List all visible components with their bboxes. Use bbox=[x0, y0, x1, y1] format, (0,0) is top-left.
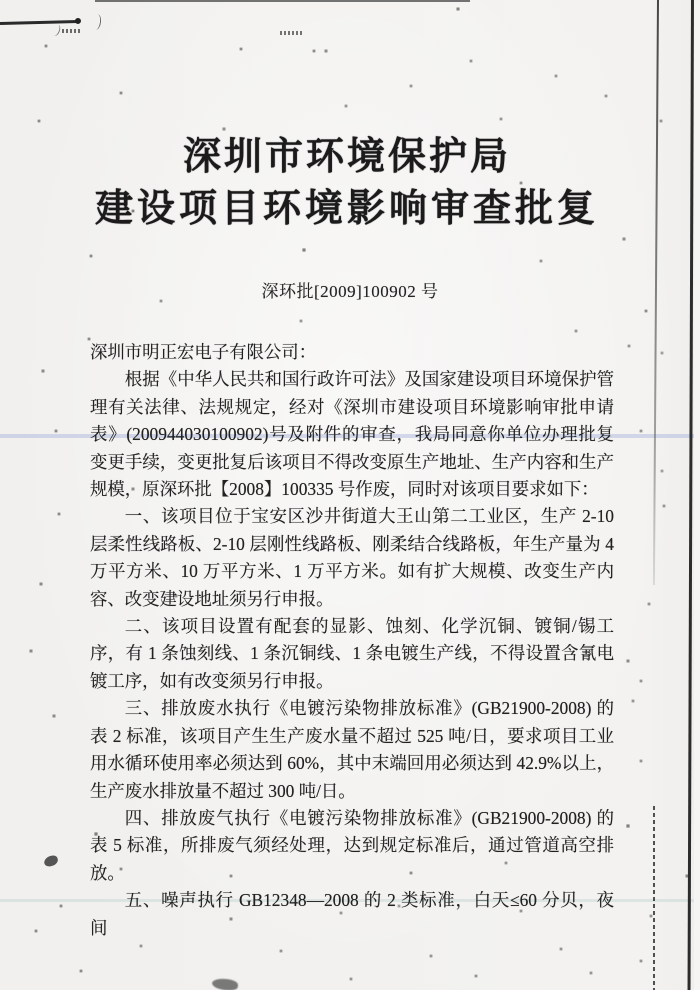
body-paragraph: 二、该项目设置有配套的显影、蚀刻、化学沉铜、镀铜/锡工序，有 1 条蚀刻线、1 … bbox=[90, 613, 614, 695]
document-body: 深圳市明正宏电子有限公司： 根据《中华人民共和国行政许可法》及国家建设项目环境保… bbox=[90, 339, 614, 942]
ink-blob bbox=[43, 854, 59, 867]
ink-curl-mark bbox=[50, 23, 62, 37]
scan-noise-specks bbox=[0, 0, 2, 2]
body-paragraph: 根据《中华人民共和国行政许可法》及国家建设项目环境保护管理有关法律、法规规定，经… bbox=[90, 366, 614, 503]
salutation: 深圳市明正宏电子有限公司： bbox=[90, 339, 614, 366]
scanned-page: 深圳市环境保护局 建设项目环境影响审查批复 深环批[2009]100902 号 … bbox=[0, 0, 700, 990]
document-title: 深圳市环境保护局 建设项目环境影响审查批复 bbox=[0, 131, 694, 235]
body-paragraph: 三、排放废水执行《电镀污染物排放标准》(GB21900-2008) 的表 2 标… bbox=[90, 695, 614, 805]
title-document-type: 建设项目环境影响审查批复 bbox=[0, 183, 694, 235]
body-paragraph: 五、噪声执行 GB12348—2008 的 2 类标准，白天≤60 分贝，夜间 bbox=[90, 887, 614, 942]
smudge-mark bbox=[62, 29, 82, 33]
ink-blob bbox=[212, 978, 239, 990]
smudge-mark bbox=[280, 31, 302, 35]
ink-curl-mark bbox=[91, 13, 102, 30]
fold-crease-line-bottom bbox=[653, 806, 655, 990]
body-paragraph: 四、排放废气执行《电镀污染物排放标准》(GB21900-2008) 的表 5 标… bbox=[90, 805, 614, 887]
pen-mark bbox=[0, 20, 78, 25]
scanner-bed-strip bbox=[694, 0, 700, 990]
title-agency: 深圳市环境保护局 bbox=[0, 131, 694, 183]
body-paragraph: 一、该项目位于宝安区沙井街道大王山第二工业区，生产 2-10 层柔性线路板、2-… bbox=[90, 503, 614, 613]
page-top-edge-shadow bbox=[95, 0, 470, 2]
document-number: 深环批[2009]100902 号 bbox=[0, 277, 700, 302]
